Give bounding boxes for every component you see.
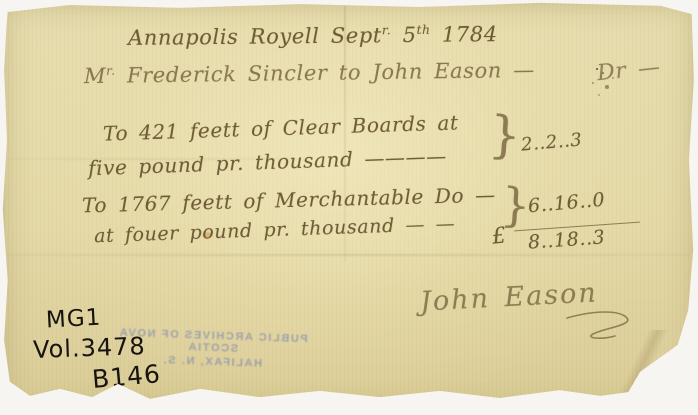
dateline: Annapolis Royell Septr. 5th 1784 [128,22,498,50]
catalog-mark-volume: Vol.3478 [33,332,147,364]
item-1-amount: 2..2..3 [520,129,583,155]
addressee-line: Mr. Frederick Sincler to John Eason — [84,58,535,88]
item-2-line-1: To 1767 feett of Merchantable Do — [82,183,496,218]
debit-mark: Dr — [596,55,662,87]
catalog-mark-mg1: MG1 [45,305,102,334]
dateline-day: 5 [391,23,416,47]
item-1-line-2: five pound pr. thousand ———— [88,144,447,181]
addressee-names: Frederick Sincler to John Eason — [116,58,535,88]
item-1-brace: } [487,105,523,165]
item-2-amount: 6..16..0 [527,189,606,218]
document-scan: Annapolis Royell Septr. 5th 1784 Mr. Fre… [0,0,698,415]
addressee-superscript: r. [106,64,116,78]
total-currency-symbol: £ [491,223,508,249]
dateline-year: 1784 [430,22,497,47]
catalog-mark-b146: B146 [91,359,162,394]
horizontal-fold-crease [8,254,690,256]
dateline-day-superscript: th [417,23,431,37]
total-amount: 8..18..3 [527,226,606,253]
addressee-title: M [84,64,106,88]
signature-flourish [565,308,635,342]
dateline-place: Annapolis Royell Sept [128,23,382,50]
aged-paper-sheet: Annapolis Royell Septr. 5th 1784 Mr. Fre… [0,0,698,415]
item-2-line-2: at fouer pound pr. thousand — — [94,213,456,248]
corner-fold-crease [575,330,698,410]
item-1-line-1: To 421 feett of Clear Boards at [103,110,459,145]
